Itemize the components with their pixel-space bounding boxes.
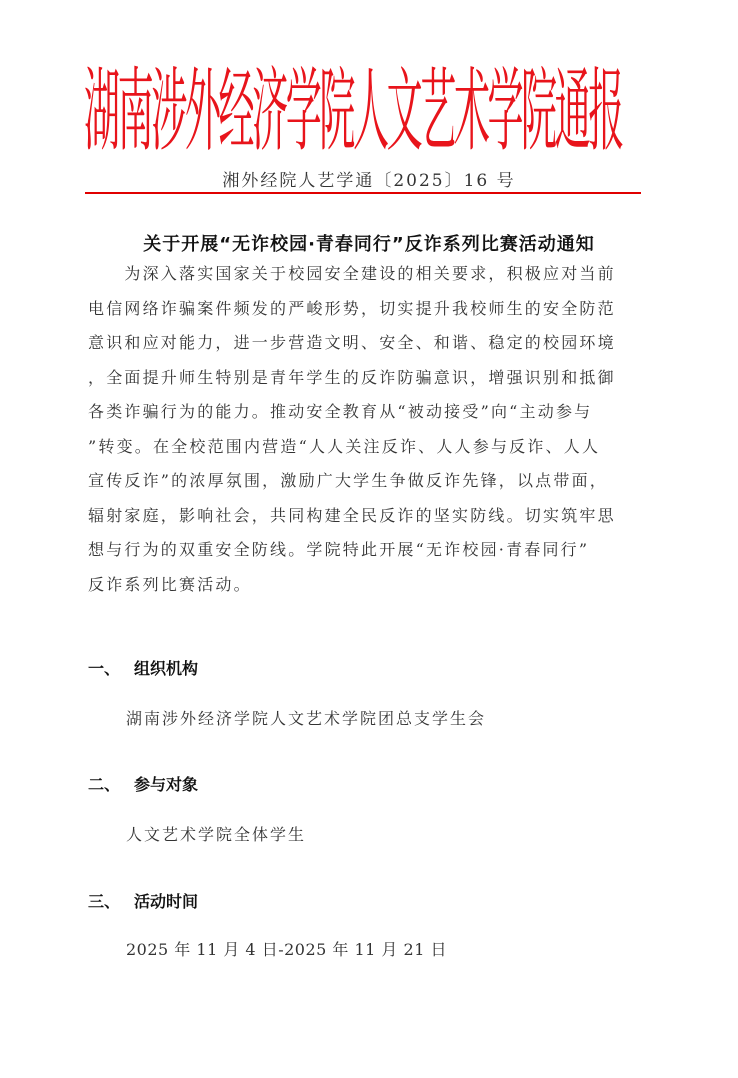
section-heading-participants: 二、参与对象 [88,772,198,795]
paragraph-line: 为深入落实国家关于校园安全建设的相关要求，积极应对当前 [88,257,644,292]
section-body-participants: 人文艺术学院全体学生 [126,822,306,845]
section-number: 三、 [88,889,134,912]
paragraph-line: 电信网络诈骗案件频发的严峻形势，切实提升我校师生的安全防范 [88,292,644,327]
section-heading-organization: 一、组织机构 [88,656,198,679]
section-number: 二、 [88,772,134,795]
notice-title: 关于开展“无诈校园·青春同行”反诈系列比赛活动通知 [0,230,738,256]
paragraph-line: 辐射家庭，影响社会，共同构建全民反诈的坚实防线。切实筑牢思 [88,499,644,534]
masthead: 湖南涉外经济学院人文艺术学院通报（通知） [84,64,644,164]
section-title: 组织机构 [134,659,198,678]
section-title: 参与对象 [134,775,198,794]
paragraph-line: 想与行为的双重安全防线。学院特此开展“无诈校园·青春同行” [88,533,644,568]
section-body-organization: 湖南涉外经济学院人文艺术学院团总支学生会 [126,706,486,729]
paragraph-line: 宣传反诈”的浓厚氛围，激励广大学生争做反诈先锋，以点带面， [88,464,644,499]
paragraph-line: 各类诈骗行为的能力。推动安全教育从“被动接受”向“主动参与 [88,395,644,430]
intro-paragraph: 为深入落实国家关于校园安全建设的相关要求，积极应对当前 电信网络诈骗案件频发的严… [88,257,644,602]
paragraph-line: 意识和应对能力，进一步营造文明、安全、和谐、稳定的校园环境 [88,326,644,361]
document-number: 湘外经院人艺学通〔2025〕16 号 [0,166,738,191]
section-heading-time: 三、活动时间 [88,889,198,912]
masthead-title: 湖南涉外经济学院人文艺术学院通报（通知） [84,64,644,162]
red-divider [85,192,641,194]
section-number: 一、 [88,656,134,679]
paragraph-line: ”转变。在全校范围内营造“人人关注反诈、人人参与反诈、人人 [88,430,644,465]
paragraph-line: ，全面提升师生特别是青年学生的反诈防骗意识，增强识别和抵御 [88,361,644,396]
section-body-time: 2025 年 11 月 4 日-2025 年 11 月 21 日 [126,937,447,960]
paragraph-line: 反诈系列比赛活动。 [88,568,644,603]
section-title: 活动时间 [134,892,198,911]
